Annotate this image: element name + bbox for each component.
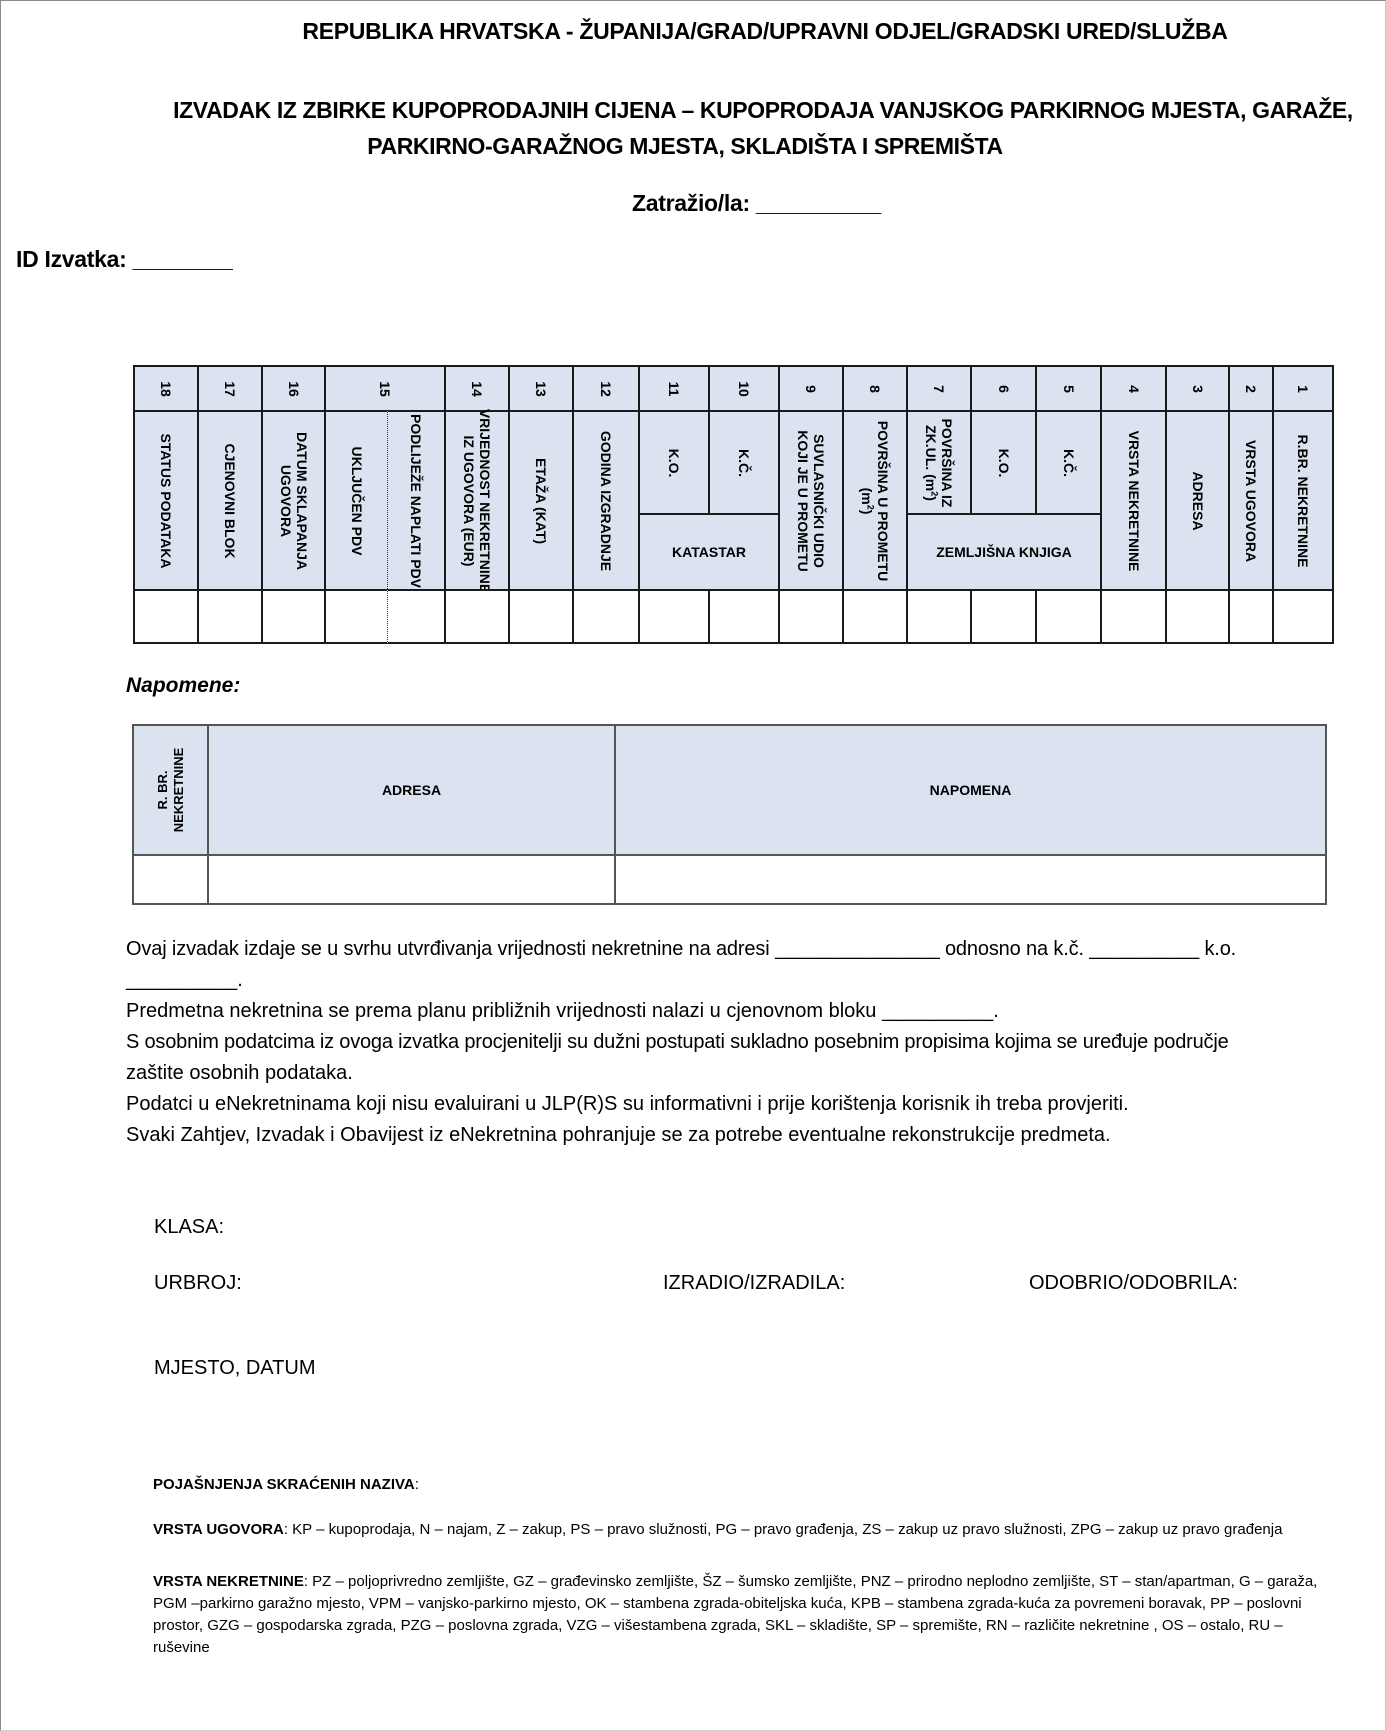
header-cell: POVRŠINA U PROMETU(m2) [842,410,908,591]
column-number: 11 [666,381,682,396]
notes-header-address: ADRESA [207,724,616,856]
table-data-cell[interactable] [324,589,389,644]
header-k--cell: K.Č. [1035,410,1102,515]
header-k--cell: K.Č. [708,410,780,515]
property-type-legend-text: : PZ – poljoprivredno zemljište, GZ – gr… [153,1573,1317,1656]
extract-id-field[interactable]: ________ [133,246,233,272]
header-cell: SUVLASNIČKI UDIOKOJI JE U PROMETU [778,410,844,591]
header-label: ADRESA [1190,471,1206,530]
table-data-cell[interactable] [842,589,908,644]
column-number: 13 [533,381,549,397]
table-data-cell[interactable] [638,589,710,644]
column-number-cell-5: 5 [1035,365,1102,412]
column-number: 12 [598,381,614,397]
column-number-cell-15: 15 [324,365,446,412]
column-number: 14 [469,381,485,397]
column-number-cell-4: 4 [1100,365,1167,412]
table-data-cell[interactable] [1272,589,1334,644]
header-povr-ina-iz-zk-ul-m--cell: POVRŠINA IZZK.UL. (m2) [906,410,972,515]
header-label: DATUM SKLAPANJAUGOVORA [278,432,310,570]
informative-data-statement: Podatci u eNekretninama koji nisu evalui… [126,1089,1356,1120]
column-number-cell-16: 16 [261,365,326,412]
header-label: SUVLASNIČKI UDIOKOJI JE U PROMETU [795,430,827,572]
header-k-o--cell: K.O. [638,410,710,515]
header-label: K.Č. [1061,449,1077,477]
katastar-group-header: KATASTAR [638,513,780,591]
approved-by-label: ODOBRIO/ODOBRILA: [1029,1272,1238,1295]
header-cell: VRIJEDNOST NEKRETNINEIZ UGOVORA (EUR) [444,410,510,591]
header-label: R.BR. NEKRETNINE [1295,434,1311,567]
column-number: 7 [931,385,947,393]
column-number-cell-18: 18 [133,365,199,412]
column-number: 8 [867,385,883,393]
header-cell: STATUS PODATAKA [133,410,199,591]
price-collection-table: 18STATUS PODATAKA17CJENOVNI BLOK16DATUM … [134,366,1333,643]
header-label: UKLJUČEN PDV [349,446,365,555]
table-data-cell[interactable] [708,589,780,644]
requested-by-field[interactable]: __________ [756,190,881,216]
column-number-cell-3: 3 [1165,365,1230,412]
table-data-cell[interactable] [906,589,972,644]
column-number: 15 [377,381,393,397]
column-number: 9 [803,385,819,393]
header-label: PODLIJEŽE NAPLATI PDV [408,414,424,588]
abbreviations-heading: POJAŠNJENJA SKRAĆENIH NAZIVA: [153,1474,1333,1496]
header-cell: GODINA IZGRADNJE [572,410,640,591]
column-number-cell-11: 11 [638,365,710,412]
column-number-cell-14: 14 [444,365,510,412]
header-label: K.O. [996,448,1012,477]
table-data-cell[interactable] [444,589,510,644]
column-number-cell-6: 6 [970,365,1037,412]
header-cell: VRSTA UGOVORA [1228,410,1274,591]
document-title-line-2: PARKIRNO-GARAŽNOG MJESTA, SKLADIŠTA I SP… [0,122,1370,170]
header-cell: ETAŽA (KAT) [508,410,574,591]
table-data-cell[interactable] [1228,589,1274,644]
column-number: 17 [222,381,238,397]
column-number-cell-2: 2 [1228,365,1274,412]
purpose-line-2: __________. [126,965,1356,996]
requested-by-label: Zatražio/la: [632,190,750,216]
column-number-cell-8: 8 [842,365,908,412]
klasa-label: KLASA: [154,1216,224,1239]
table-data-cell[interactable] [197,589,263,644]
contract-type-legend-text: : KP – kupoprodaja, N – najam, Z – zakup… [284,1521,1283,1538]
table-data-cell[interactable] [1165,589,1230,644]
column-number-cell-1: 1 [1272,365,1334,412]
header-vat-included: UKLJUČEN PDV [324,410,389,591]
notes-data-cell[interactable] [614,854,1327,905]
column-number: 5 [1061,385,1077,393]
column-number-cell-13: 13 [508,365,574,412]
land-registry-label: ZEMLJIŠNA KNJIGA [908,544,1100,560]
purpose-statement: Ovaj izvadak izdaje se u svrhu utvrđivan… [126,934,1356,1151]
column-number-cell-12: 12 [572,365,640,412]
table-data-cell[interactable] [261,589,326,644]
header-cell: R.BR. NEKRETNINE [1272,410,1334,591]
header-cell: ADRESA [1165,410,1230,591]
storage-statement: Svaki Zahtjev, Izvadak i Obavijest iz eN… [126,1120,1356,1151]
abbreviations-heading-text: POJAŠNJENJA SKRAĆENIH NAZIVA [153,1476,415,1493]
column-number-cell-7: 7 [906,365,972,412]
contract-type-legend-label: VRSTA UGOVORA [153,1521,284,1538]
column-number: 3 [1190,385,1206,393]
column-number: 2 [1243,385,1259,393]
column-number: 4 [1126,385,1142,393]
header-label: CJENOVNI BLOK [222,443,238,558]
notes-header-label: NAPOMENA [616,782,1325,798]
column-number: 1 [1295,385,1311,393]
header-label: K.Č. [736,449,752,477]
prepared-by-label: IZRADIO/IZRADILA: [663,1272,845,1295]
header-k-o--cell: K.O. [970,410,1037,515]
contract-type-legend: VRSTA UGOVORA: KP – kupoprodaja, N – naj… [153,1519,1333,1541]
purpose-line-1: Ovaj izvadak izdaje se u svrhu utvrđivan… [126,934,1356,965]
table-data-cell[interactable] [1035,589,1102,644]
requested-by: Zatražio/la: __________ [632,190,881,217]
column-number-cell-10: 10 [708,365,780,412]
column-number-cell-17: 17 [197,365,263,412]
header-label: POVRŠINA U PROMETU(m2) [859,420,891,581]
column-number: 16 [286,381,302,397]
privacy-statement-line-1: S osobnim podatcima iz ovoga izvatka pro… [126,1027,1356,1058]
abbreviations-heading-suffix: : [415,1476,419,1493]
header-cell: CJENOVNI BLOK [197,410,263,591]
header-cell: VRSTA NEKRETNINE [1100,410,1167,591]
katastar-label: KATASTAR [640,544,778,560]
table-data-cell[interactable] [133,589,199,644]
table-data-cell[interactable] [508,589,574,644]
table-data-cell[interactable] [1100,589,1167,644]
property-type-legend-label: VRSTA NEKRETNINE [153,1573,304,1590]
header-label: GODINA IZGRADNJE [598,430,614,570]
notes-data-cell[interactable] [132,854,209,905]
property-type-legend: VRSTA NEKRETNINE: PZ – poljoprivredno ze… [153,1571,1333,1659]
header-label: ETAŽA (KAT) [533,457,549,543]
notes-header-note: NAPOMENA [614,724,1327,856]
notes-heading: Napomene: [126,674,240,698]
header-vat-liable: PODLIJEŽE NAPLATI PDV [387,410,446,591]
column-number-cell-9: 9 [778,365,844,412]
notes-header-property-number: R. BR.NEKRETNINE [132,724,209,856]
notes-table: R. BR.NEKRETNINEADRESANAPOMENA [133,725,1326,904]
privacy-statement-line-2: zaštite osobnih podataka. [126,1058,1356,1089]
header-label: VRSTA NEKRETNINE [1126,430,1142,571]
table-data-cell[interactable] [572,589,640,644]
notes-header-label: ADRESA [209,782,614,798]
column-number: 18 [158,381,174,397]
header-label: POVRŠINA IZZK.UL. (m2) [923,418,955,507]
table-data-cell[interactable] [778,589,844,644]
table-data-cell[interactable] [970,589,1037,644]
urbroj-label: URBROJ: [154,1272,242,1295]
extract-id-label: ID Izvatka: [16,246,126,272]
header-cell: DATUM SKLAPANJAUGOVORA [261,410,326,591]
header-label: STATUS PODATAKA [158,433,174,568]
header-label: VRIJEDNOST NEKRETNINEIZ UGOVORA (EUR) [461,408,493,592]
header-label: VRSTA UGOVORA [1243,439,1259,561]
extract-id: ID Izvatka: ________ [16,246,233,273]
header-label: K.O. [666,448,682,477]
column-number: 6 [996,385,1012,393]
price-block-statement: Predmetna nekretnina se prema planu prib… [126,996,1356,1027]
notes-data-cell[interactable] [207,854,616,905]
land-registry-group-header: ZEMLJIŠNA KNJIGA [906,513,1102,591]
place-date-label: MJESTO, DATUM [154,1357,315,1380]
notes-header-label: R. BR.NEKRETNINE [155,748,187,833]
authority-heading: REPUBLIKA HRVATSKA - ŽUPANIJA/GRAD/UPRAV… [0,18,1386,45]
table-data-cell[interactable] [387,589,446,644]
column-number: 10 [736,381,752,397]
